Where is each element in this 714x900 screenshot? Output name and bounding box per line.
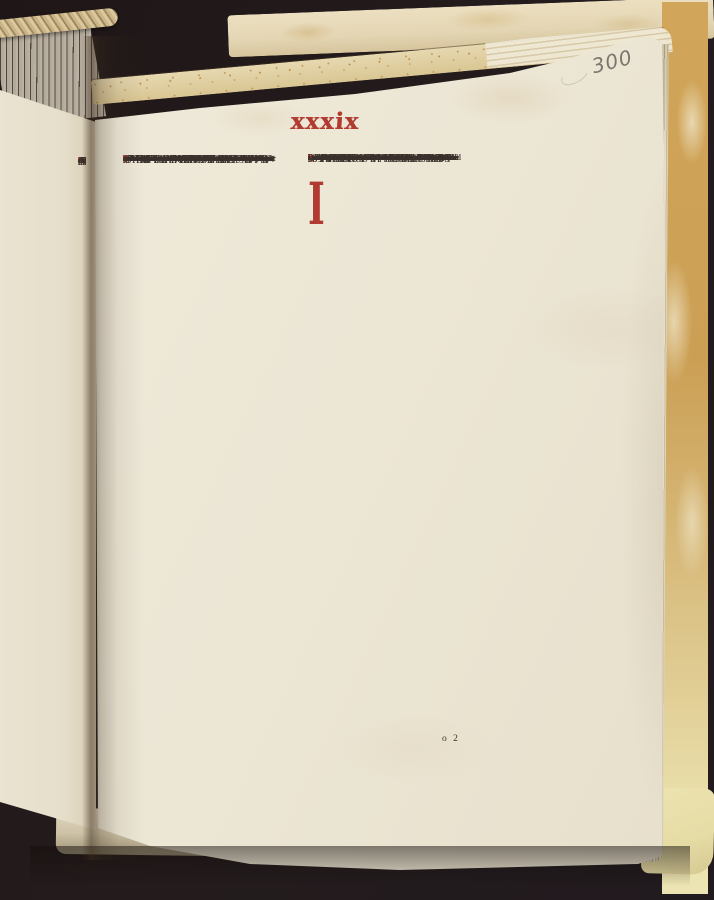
main-right-column: peccatū.n.non est in eo q̄ʒo quis abutit… <box>308 152 474 738</box>
pencil-scribble <box>558 61 592 90</box>
rubricated-initial: I <box>308 178 322 240</box>
book-photo: pōt perdere. hincpcipitari. presideendet… <box>0 0 714 900</box>
binding-cover-fore-edge <box>662 2 708 894</box>
main-left-column: imo etiā descēdit ad particulare. nec tm… <box>123 152 297 778</box>
quire-signature: o 2 <box>442 734 482 744</box>
chapter-heading-rubric: xxxix <box>259 108 391 135</box>
verso-page-sliver: pōt perdere. hincpcipitari. presideendet… <box>0 30 96 852</box>
verso-text-column: pōt perdere. hincpcipitari. presideendet… <box>0 154 86 794</box>
recto-page: 300 xxxix imo etiā descēdit ad particula… <box>90 28 668 878</box>
